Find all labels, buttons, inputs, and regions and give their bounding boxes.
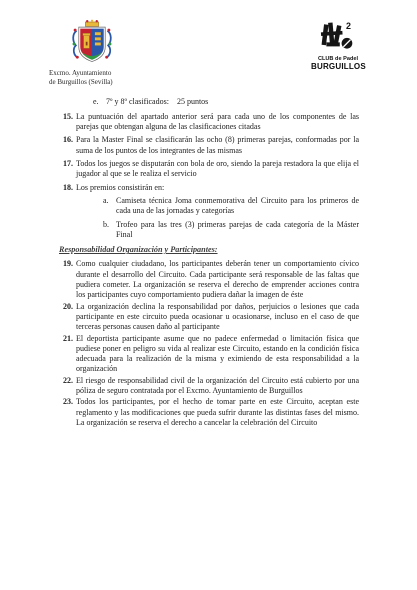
list-item-18b-text: Trofeo para las tres (3) primeras pareja… — [116, 220, 359, 241]
list-item-17: 17. Todos los juegos se disputarán con b… — [63, 159, 359, 180]
list-item-17-number: 17. — [63, 159, 76, 180]
list-item-15-number: 15. — [63, 112, 76, 133]
club-block: 2 CLUB de Padel BURGUILLOS — [311, 19, 365, 87]
list-item-21-text: El deportista participante asume que no … — [76, 334, 359, 375]
list-item-22: 22. El riesgo de responsabilidad civil d… — [63, 376, 359, 397]
club-caption-line2: BURGUILLOS — [311, 62, 365, 71]
list-item-18b: b. Trofeo para las tres (3) primeras par… — [103, 220, 359, 241]
list-item-20: 20. La organización declina la responsab… — [63, 302, 359, 333]
document-page: Excmo. Ayuntamiento de Burguillos (Sevil… — [0, 0, 417, 590]
list-item-19: 19. Como cualquier ciudadano, los partic… — [63, 259, 359, 300]
municipality-caption-line1: Excmo. Ayuntamiento — [49, 69, 135, 78]
numbered-list-15-18: 15. La puntuación del apartado anterior … — [63, 112, 359, 240]
list-item-18a-marker: a. — [103, 196, 116, 217]
list-item-23: 23. Todos los participantes, por el hech… — [63, 397, 359, 428]
list-item-17-text: Todos los juegos se disputarán con bola … — [76, 159, 359, 180]
list-item-20-number: 20. — [63, 302, 76, 333]
list-item-16: 16. Para la Master Final se clasificarán… — [63, 135, 359, 156]
document-header: Excmo. Ayuntamiento de Burguillos (Sevil… — [0, 0, 417, 87]
document-body: e. 7º y 8º clasificados: 25 puntos 15. L… — [63, 97, 359, 429]
list-item-22-number: 22. — [63, 376, 76, 397]
list-item-22-text: El riesgo de responsabilidad civil de la… — [76, 376, 359, 397]
list-item-15: 15. La puntuación del apartado anterior … — [63, 112, 359, 133]
list-item-23-text: Todos los participantes, por el hecho de… — [76, 397, 359, 428]
list-item-20-text: La organización declina la responsabilid… — [76, 302, 359, 333]
coat-of-arms-icon — [70, 19, 114, 66]
numbered-list-19-23: 19. Como cualquier ciudadano, los partic… — [63, 259, 359, 428]
list-item-18-number: 18. — [63, 183, 76, 193]
list-item-16-text: Para la Master Final se clasificarán las… — [76, 135, 359, 156]
list-item-19-text: Como cualquier ciudadano, los participan… — [76, 259, 359, 300]
list-item-18b-marker: b. — [103, 220, 116, 241]
municipality-caption-line2: de Burguillos (Sevilla) — [49, 78, 135, 87]
municipality-caption: Excmo. Ayuntamiento de Burguillos (Sevil… — [49, 69, 135, 87]
list-item-21-number: 21. — [63, 334, 76, 375]
list-item-18: 18. Los premios consistirán en: — [63, 183, 359, 193]
list-item-18-text: Los premios consistirán en: — [76, 183, 359, 193]
list-item-23-number: 23. — [63, 397, 76, 428]
list-item-21: 21. El deportista participante asume que… — [63, 334, 359, 375]
list-item-18a-text: Camiseta técnica Joma conmemorativa del … — [116, 196, 359, 217]
padel-club-logo-icon: 2 — [318, 20, 358, 54]
list-item-e-marker: e. — [93, 97, 106, 107]
list-item-16-number: 16. — [63, 135, 76, 156]
list-item-e-text: 7º y 8º clasificados: 25 puntos — [106, 97, 359, 107]
list-item-18a: a. Camiseta técnica Joma conmemorativa d… — [103, 196, 359, 217]
logo-mark-2: 2 — [346, 21, 351, 31]
section-heading-responsabilidad: Responsabilidad Organización y Participa… — [59, 245, 359, 255]
list-item-e: e. 7º y 8º clasificados: 25 puntos — [93, 97, 359, 107]
list-item-19-number: 19. — [63, 259, 76, 300]
list-item-15-text: La puntuación del apartado anterior será… — [76, 112, 359, 133]
municipality-block: Excmo. Ayuntamiento de Burguillos (Sevil… — [49, 19, 135, 87]
